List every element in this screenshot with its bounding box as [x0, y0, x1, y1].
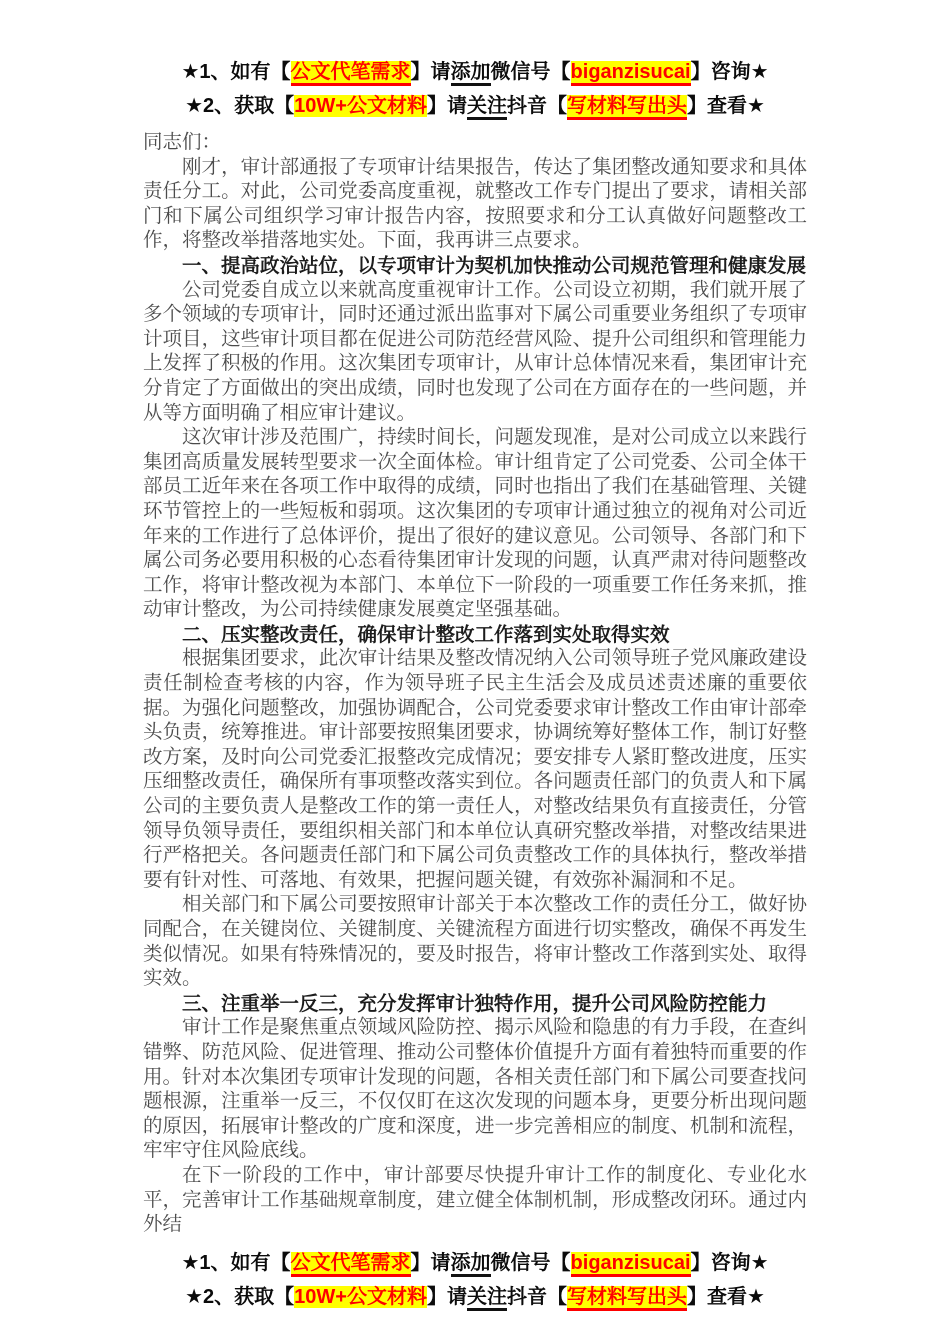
- promo-underline-tianjia: 添加: [451, 1252, 491, 1277]
- promo-suffix-1: 】咨询★: [691, 61, 769, 83]
- paragraph: 刚才，审计部通报了专项审计结果报告，传达了集团整改通知要求和具体责任分工。对此，…: [143, 156, 807, 254]
- promo-highlight-douyin-id: 写材料写出头: [567, 95, 687, 120]
- promo-highlight-wechat-id: biganzisucai: [571, 1252, 691, 1277]
- promo-text-douyin: 抖音【: [507, 95, 567, 117]
- promo-highlight-10w-material: 10W+公文材料: [294, 1286, 427, 1308]
- promo-underline-guanzhu: 关注: [467, 95, 507, 120]
- promo-text-qing: 】请: [411, 1252, 451, 1274]
- promo-highlight-gongwen-daibi: 公文代笔需求: [291, 61, 411, 86]
- promo-text-douyin: 抖音【: [507, 1286, 567, 1308]
- promo-banner-footer: ★1、如有【公文代笔需求】请添加微信号【biganzisucai】咨询★ ★2、…: [143, 1246, 807, 1314]
- promo-text-qing-2: 】请: [427, 1286, 467, 1308]
- page-content: ★1、如有【公文代笔需求】请添加微信号【biganzisucai】咨询★ ★2、…: [0, 0, 950, 1314]
- paragraph: 公司党委自成立以来就高度重视审计工作。公司设立初期，我们就开展了多个领域的专项审…: [143, 279, 807, 427]
- promo-highlight-douyin-id: 写材料写出头: [567, 1286, 687, 1311]
- promo-footer-line-2: ★2、获取【10W+公文材料】请关注抖音【写材料写出头】查看★: [143, 1280, 807, 1314]
- speech-body: 同志们：刚才，审计部通报了专项审计结果报告，传达了集团整改通知要求和具体责任分工…: [143, 131, 807, 1238]
- promo-suffix-2: 】查看★: [687, 1286, 765, 1308]
- promo-highlight-gongwen-daibi: 公文代笔需求: [291, 1252, 411, 1277]
- document-page: ★1、如有【公文代笔需求】请添加微信号【biganzisucai】咨询★ ★2、…: [0, 0, 950, 1344]
- promo-highlight-wechat-id: biganzisucai: [571, 61, 691, 86]
- promo-banner-header: ★1、如有【公文代笔需求】请添加微信号【biganzisucai】咨询★ ★2、…: [143, 55, 807, 123]
- paragraph: 审计工作是聚焦重点领域风险防控、揭示风险和隐患的有力手段，在查纠错弊、防范风险、…: [143, 1016, 807, 1164]
- promo-suffix-1: 】咨询★: [691, 1252, 769, 1274]
- paragraph: 根据集团要求，此次审计结果及整改情况纳入公司领导班子党风廉政建设责任制检查考核的…: [143, 647, 807, 893]
- promo-suffix-2: 】查看★: [687, 95, 765, 117]
- promo-prefix-2: ★2、获取【: [185, 95, 294, 117]
- promo-prefix-2: ★2、获取【: [185, 1286, 294, 1308]
- promo-prefix-1: ★1、如有【: [181, 61, 290, 83]
- promo-header-line-1: ★1、如有【公文代笔需求】请添加微信号【biganzisucai】咨询★: [143, 55, 807, 89]
- promo-text-weixin: 微信号【: [491, 61, 571, 83]
- promo-text-weixin: 微信号【: [491, 1252, 571, 1274]
- promo-highlight-10w-material: 10W+公文材料: [294, 95, 427, 117]
- promo-text-qing: 】请: [411, 61, 451, 83]
- promo-underline-guanzhu: 关注: [467, 1286, 507, 1311]
- promo-footer-line-1: ★1、如有【公文代笔需求】请添加微信号【biganzisucai】咨询★: [143, 1246, 807, 1280]
- promo-text-qing-2: 】请: [427, 95, 467, 117]
- paragraph: 同志们：: [143, 131, 807, 156]
- section-heading: 一、提高政治站位，以专项审计为契机加快推动公司规范管理和健康发展: [143, 254, 807, 279]
- section-heading: 三、注重举一反三，充分发挥审计独特作用，提升公司风险防控能力: [143, 992, 807, 1017]
- promo-header-line-2: ★2、获取【10W+公文材料】请关注抖音【写材料写出头】查看★: [143, 89, 807, 123]
- paragraph: 相关部门和下属公司要按照审计部关于本次整改工作的责任分工，做好协同配合，在关键岗…: [143, 893, 807, 991]
- promo-prefix-1: ★1、如有【: [181, 1252, 290, 1274]
- paragraph: 这次审计涉及范围广，持续时间长，问题发现准，是对公司成立以来践行集团高质量发展转…: [143, 426, 807, 623]
- promo-underline-tianjia: 添加: [451, 61, 491, 86]
- paragraph: 在下一阶段的工作中，审计部要尽快提升审计工作的制度化、专业化水平，完善审计工作基…: [143, 1164, 807, 1238]
- section-heading: 二、压实整改责任，确保审计整改工作落到实处取得实效: [143, 623, 807, 648]
